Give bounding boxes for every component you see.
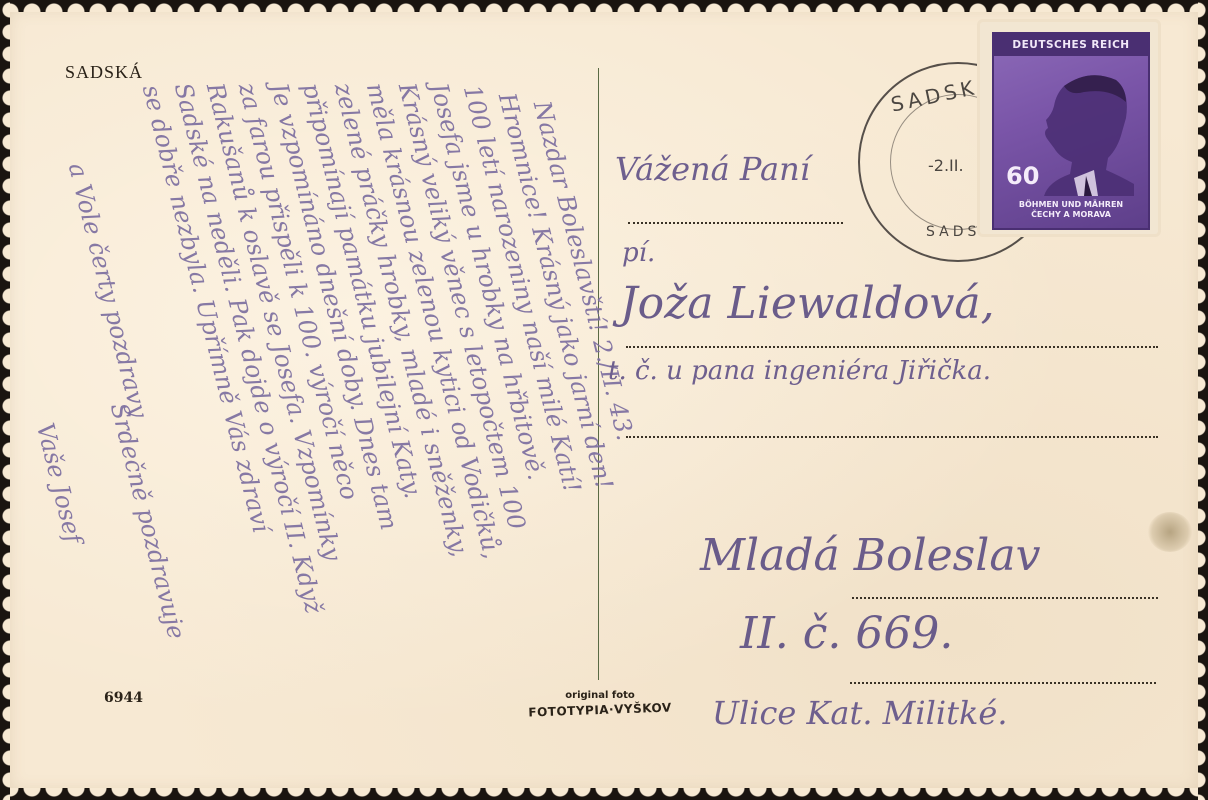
deckle-edge-bottom [0, 788, 1208, 800]
addressee-name: Joža Liewaldová, [620, 278, 995, 329]
stamp-value: 60 [1006, 162, 1039, 190]
district-number: II. č. 669. [740, 608, 953, 659]
address-dotted-line [626, 346, 1158, 348]
address-dotted-line [852, 597, 1158, 599]
deckle-edge-left [0, 0, 10, 800]
salutation: Vážená Paní [615, 150, 810, 188]
stamp-footer-line-1: BÖHMEN UND MÄHREN [994, 200, 1148, 210]
deckle-edge-right [1198, 0, 1208, 800]
stamp-footer: BÖHMEN UND MÄHREN ČECHY A MORAVA [994, 200, 1148, 220]
deckle-edge-top [0, 0, 1208, 12]
care-of-line: t. č. u pana ingeniéra Jiřička. [608, 356, 991, 386]
postmark-town-bottom: SADS [926, 224, 980, 240]
addressee-title: pí. [622, 238, 655, 268]
address-dotted-line [850, 682, 1156, 684]
address-dotted-line [628, 222, 843, 224]
handwritten-message: Nazdar Boleslavští! 2./II. 43. Hromnice!… [40, 70, 580, 770]
message-line: Vaše Josef [31, 420, 88, 546]
message-line: Srdečně pozdravuje [105, 400, 191, 642]
ink-stain [1148, 512, 1192, 552]
stamp-header: DEUTSCHES REICH [994, 34, 1148, 56]
address-dotted-line [626, 436, 1158, 438]
message-line: a Vole čerty pozdravy [63, 160, 153, 421]
stamp-footer-line-2: ČECHY A MORAVA [994, 210, 1148, 220]
city: Mladá Boleslav [700, 530, 1040, 581]
postmark-date: -2.II. [928, 156, 964, 175]
postage-stamp: DEUTSCHES REICH 60 BÖHMEN UND MÄHREN ČEC… [980, 22, 1158, 234]
portrait-profile-icon [1034, 66, 1134, 196]
street: Ulice Kat. Militké. [712, 694, 1007, 732]
stamp-face: DEUTSCHES REICH 60 BÖHMEN UND MÄHREN ČEC… [992, 32, 1150, 230]
